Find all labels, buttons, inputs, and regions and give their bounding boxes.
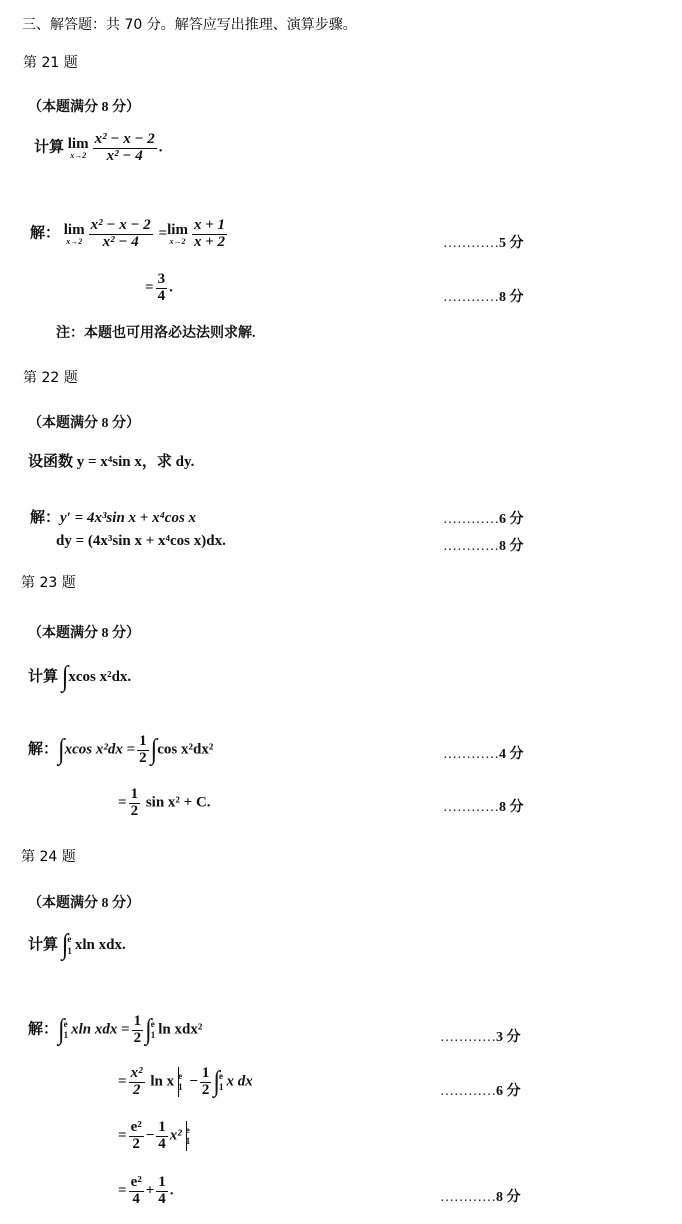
- score-value: 6 分: [496, 1084, 521, 1099]
- numerator: 1: [137, 734, 149, 751]
- score-marker: …………4 分: [443, 743, 524, 763]
- denominator: 2: [131, 1083, 143, 1099]
- expression: ln x: [150, 1074, 174, 1090]
- score-value: 8 分: [499, 800, 524, 815]
- prompt-prefix: 计算: [28, 669, 58, 685]
- question-21-solution-line-1: 解： limx→2x² − x − 2x² − 4 =limx→2x + 1x …: [30, 218, 229, 251]
- question-22-solution-line-1: 解：y′ = 4x³sin x + x⁴cos x: [30, 506, 196, 527]
- integral-icon: ∫: [58, 734, 65, 766]
- equals: =: [127, 742, 136, 758]
- denominator: 4: [156, 289, 168, 305]
- upper-limit: e: [178, 1071, 183, 1083]
- integrand: xln xdx.: [75, 937, 126, 953]
- limit-operator: limx→2: [68, 137, 89, 160]
- dot-leader: …………: [443, 539, 499, 554]
- integral-icon: ∫: [62, 661, 69, 693]
- fraction: 12: [137, 734, 149, 767]
- denominator: 4: [130, 1192, 142, 1208]
- question-21-solution-line-2: =34.: [145, 272, 173, 305]
- dot-leader: …………: [443, 747, 499, 762]
- dot-leader: …………: [443, 512, 499, 527]
- numerator: x + 1: [192, 218, 227, 235]
- denominator: 2: [137, 751, 149, 767]
- score-value: 4 分: [499, 747, 524, 762]
- equals: =: [118, 1183, 127, 1199]
- numerator: 1: [156, 1120, 168, 1137]
- integral-icon: ∫: [151, 734, 158, 766]
- numerator: 1: [156, 1175, 168, 1192]
- question-23-prompt: 计算 ∫xcos x²dx.: [28, 664, 131, 691]
- fraction: 12: [129, 787, 141, 820]
- score-value: 8 分: [499, 539, 524, 554]
- score-marker: …………5 分: [443, 232, 524, 252]
- question-23-solution-line-1: 解：∫xcos x²dx =12∫cos x²dx²: [28, 734, 213, 767]
- upper-limit: e: [186, 1125, 191, 1137]
- score-value: 6 分: [499, 512, 524, 527]
- denominator: x² − 4: [105, 149, 145, 165]
- denominator: 2: [200, 1083, 212, 1099]
- prompt-prefix: 计算: [28, 937, 58, 953]
- lim-label: lim: [167, 223, 188, 238]
- numerator: 1: [132, 1014, 144, 1031]
- score-value: 3 分: [496, 1030, 521, 1045]
- fraction: x² − x − 2x² − 4: [93, 132, 157, 165]
- evaluation-limits: e1: [186, 1125, 191, 1148]
- evaluation-limits: e1: [178, 1071, 183, 1094]
- solution-label: 解：: [30, 226, 60, 242]
- dot-leader: …………: [440, 1190, 496, 1205]
- fraction: 34: [156, 272, 168, 305]
- score-value: 8 分: [496, 1190, 521, 1205]
- fraction: e²2: [129, 1120, 144, 1153]
- question-22-full-marks: （本题满分 8 分）: [28, 412, 140, 432]
- dot-leader: …………: [440, 1030, 496, 1045]
- score-marker: …………8 分: [440, 1186, 521, 1206]
- lim-subscript: x→2: [66, 238, 82, 246]
- numerator: x² − x − 2: [93, 132, 157, 149]
- score-marker: …………8 分: [443, 535, 524, 555]
- integrand: xcos x²dx: [65, 742, 123, 758]
- denominator: 4: [156, 1192, 168, 1208]
- solution-label: 解：: [30, 510, 60, 526]
- question-21-heading: 第 21 题: [23, 52, 78, 72]
- integral-icon: ∫: [62, 929, 69, 961]
- denominator: x + 2: [192, 235, 227, 251]
- question-21-note: 注：本题也可用洛必达法则求解.: [56, 322, 256, 342]
- question-24-solution-line-3: =e²2−14x²e1: [118, 1120, 193, 1153]
- score-value: 8 分: [499, 290, 524, 305]
- numerator: 1: [129, 787, 141, 804]
- integrand: x dx: [226, 1074, 252, 1090]
- lower-limit: 1: [178, 1082, 183, 1094]
- result-expression: sin x² + C.: [146, 795, 211, 811]
- numerator: 1: [200, 1066, 212, 1083]
- numerator: e²: [129, 1175, 144, 1192]
- lim-subscript: x→2: [70, 152, 86, 160]
- score-marker: …………8 分: [443, 796, 524, 816]
- question-24-prompt: 计算 ∫e1xln xdx.: [28, 932, 126, 959]
- equals: =: [121, 1022, 130, 1038]
- integrand: ln xdx²: [158, 1022, 202, 1038]
- dot-leader: …………: [443, 236, 499, 251]
- equals: =: [118, 795, 127, 811]
- period: .: [170, 1183, 174, 1199]
- numerator: x²: [129, 1066, 145, 1083]
- fraction: 12: [132, 1014, 144, 1047]
- question-21-full-marks: （本题满分 8 分）: [28, 96, 140, 116]
- solution-expression: y′ = 4x³sin x + x⁴cos x: [60, 510, 196, 526]
- solution-label: 解：: [28, 1022, 58, 1038]
- score-marker: …………6 分: [443, 508, 524, 528]
- question-24-solution-line-2: =x²2 ln xe1 −12∫e1x dx: [118, 1066, 253, 1099]
- lim-label: lim: [68, 137, 89, 152]
- question-23-full-marks: （本题满分 8 分）: [28, 622, 140, 642]
- integrand: xln xdx: [71, 1022, 117, 1038]
- minus: −: [146, 1128, 155, 1144]
- minus: −: [189, 1074, 198, 1090]
- solution-label: 解：: [28, 742, 58, 758]
- score-marker: …………6 分: [440, 1080, 521, 1100]
- plus: +: [146, 1183, 155, 1199]
- dot-leader: …………: [440, 1084, 496, 1099]
- lower-limit: 1: [186, 1136, 191, 1148]
- score-value: 5 分: [499, 236, 524, 251]
- score-marker: …………8 分: [443, 286, 524, 306]
- solution-expression: dy = (4x³sin x + x⁴cos x)dx.: [56, 533, 226, 549]
- fraction: x²2: [129, 1066, 145, 1099]
- integrand: cos x²dx²: [157, 742, 213, 758]
- question-23-solution-line-2: =12 sin x² + C.: [118, 787, 211, 820]
- question-24-full-marks: （本题满分 8 分）: [28, 892, 140, 912]
- denominator: 2: [129, 804, 141, 820]
- expression: x²: [170, 1128, 182, 1144]
- lim-subscript: x→2: [170, 238, 186, 246]
- score-marker: …………3 分: [440, 1026, 521, 1046]
- fraction: 12: [200, 1066, 212, 1099]
- limit-operator: limx→2: [167, 223, 188, 246]
- equals: =: [118, 1074, 127, 1090]
- question-22-solution-line-2: dy = (4x³sin x + x⁴cos x)dx.: [56, 533, 226, 550]
- period: .: [169, 280, 173, 296]
- denominator: x² − 4: [101, 235, 141, 251]
- integrand: xcos x²dx.: [68, 669, 131, 685]
- denominator: 2: [130, 1137, 142, 1153]
- fraction: e²4: [129, 1175, 144, 1208]
- numerator: e²: [129, 1120, 144, 1137]
- fraction: x + 1x + 2: [192, 218, 227, 251]
- question-24-heading: 第 24 题: [21, 846, 76, 866]
- question-24-solution-line-4: =e²4+14.: [118, 1175, 174, 1208]
- equals: =: [118, 1128, 127, 1144]
- question-24-solution-line-1: 解：∫e1xln xdx =12∫e1ln xdx²: [28, 1014, 202, 1047]
- fraction: 14: [156, 1175, 168, 1208]
- integral-icon: ∫: [145, 1014, 152, 1046]
- lim-label: lim: [64, 223, 85, 238]
- section-title: 三、解答题：共 70 分。解答应写出推理、演算步骤。: [22, 14, 357, 34]
- integral-icon: ∫: [58, 1014, 65, 1046]
- numerator: 3: [156, 272, 168, 289]
- question-23-heading: 第 23 题: [21, 572, 76, 592]
- period: .: [159, 140, 163, 156]
- question-22-prompt: 设函数 y = x⁴sin x，求 dy.: [28, 450, 194, 471]
- equals: =: [159, 226, 168, 242]
- dot-leader: …………: [443, 290, 499, 305]
- fraction: x² − x − 2x² − 4: [89, 218, 153, 251]
- denominator: 4: [156, 1137, 168, 1153]
- fraction: 14: [156, 1120, 168, 1153]
- denominator: 2: [132, 1031, 144, 1047]
- limit-operator: limx→2: [64, 223, 85, 246]
- dot-leader: …………: [443, 800, 499, 815]
- question-22-heading: 第 22 题: [23, 367, 78, 387]
- prompt-prefix: 计算: [34, 140, 64, 156]
- question-21-prompt: 计算 limx→2x² − x − 2x² − 4.: [34, 132, 163, 165]
- numerator: x² − x − 2: [89, 218, 153, 235]
- equals: =: [145, 280, 154, 296]
- integral-icon: ∫: [213, 1066, 220, 1098]
